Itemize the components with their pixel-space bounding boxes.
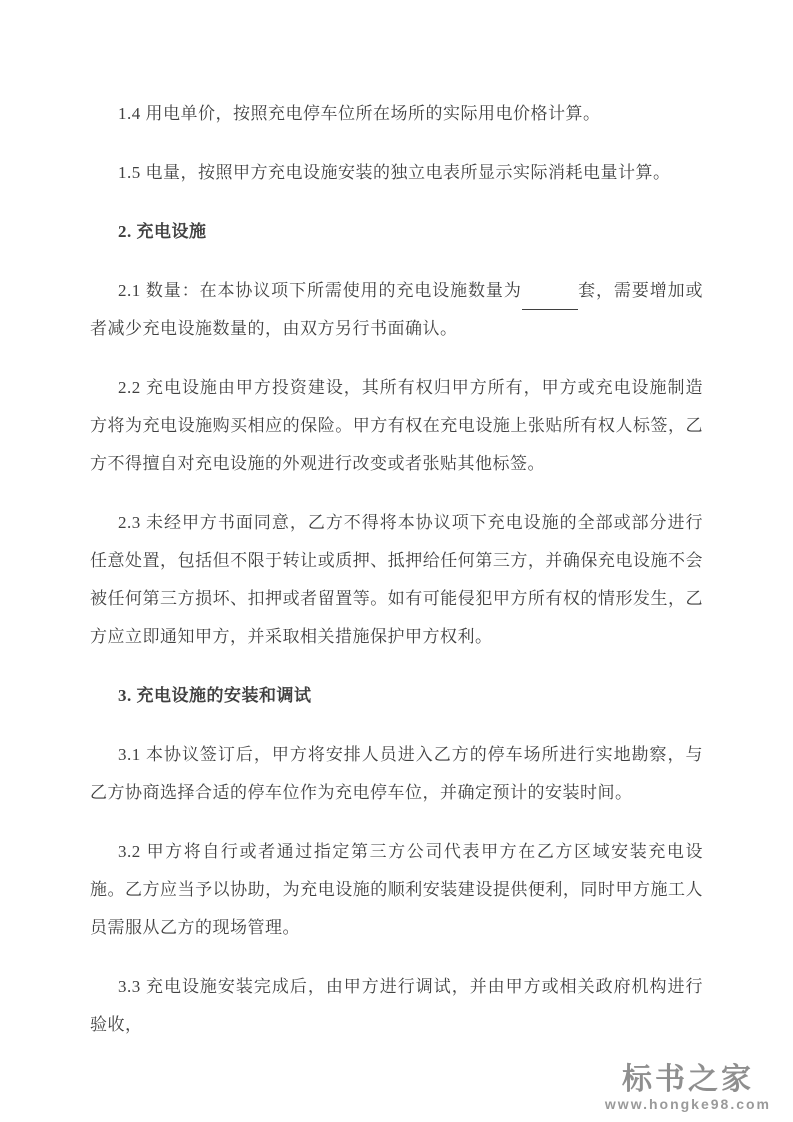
contract-paragraph: 2.2 充电设施由甲方投资建设，其所有权归甲方所有，甲方或充电设施制造方将为充电… (90, 369, 703, 483)
contract-paragraph: 1.4 用电单价，按照充电停车位所在场所的实际用电价格计算。 (90, 95, 703, 133)
document-body: 1.4 用电单价，按照充电停车位所在场所的实际用电价格计算。1.5 电量，按照甲… (90, 95, 703, 1065)
blank-fill-in-underline (522, 292, 578, 310)
watermark-url: www.hongke98.com (605, 1096, 771, 1112)
contract-paragraph: 2.1 数量：在本协议项下所需使用的充电设施数量为套，需要增加或者减少充电设施数… (90, 272, 703, 348)
section-heading: 2. 充电设施 (90, 213, 703, 251)
paragraph-text-before-blank: 2.1 数量：在本协议项下所需使用的充电设施数量为 (118, 281, 522, 300)
watermark: 标书之家 www.hongke98.com (605, 1064, 771, 1112)
contract-paragraph: 3.1 本协议签订后，甲方将安排人员进入乙方的停车场所进行实地勘察，与乙方协商选… (90, 736, 703, 812)
document-page: 1.4 用电单价，按照充电停车位所在场所的实际用电价格计算。1.5 电量，按照甲… (0, 0, 793, 1122)
section-heading: 3. 充电设施的安装和调试 (90, 677, 703, 715)
contract-paragraph: 1.5 电量，按照甲方充电设施安装的独立电表所显示实际消耗电量计算。 (90, 154, 703, 192)
contract-paragraph: 3.3 充电设施安装完成后，由甲方进行调试，并由甲方或相关政府机构进行验收， (90, 968, 703, 1044)
contract-paragraph: 3.2 甲方将自行或者通过指定第三方公司代表甲方在乙方区域安装充电设施。乙方应当… (90, 833, 703, 947)
watermark-brand: 标书之家 (605, 1064, 771, 1096)
contract-paragraph: 2.3 未经甲方书面同意，乙方不得将本协议项下充电设施的全部或部分进行任意处置，… (90, 504, 703, 656)
